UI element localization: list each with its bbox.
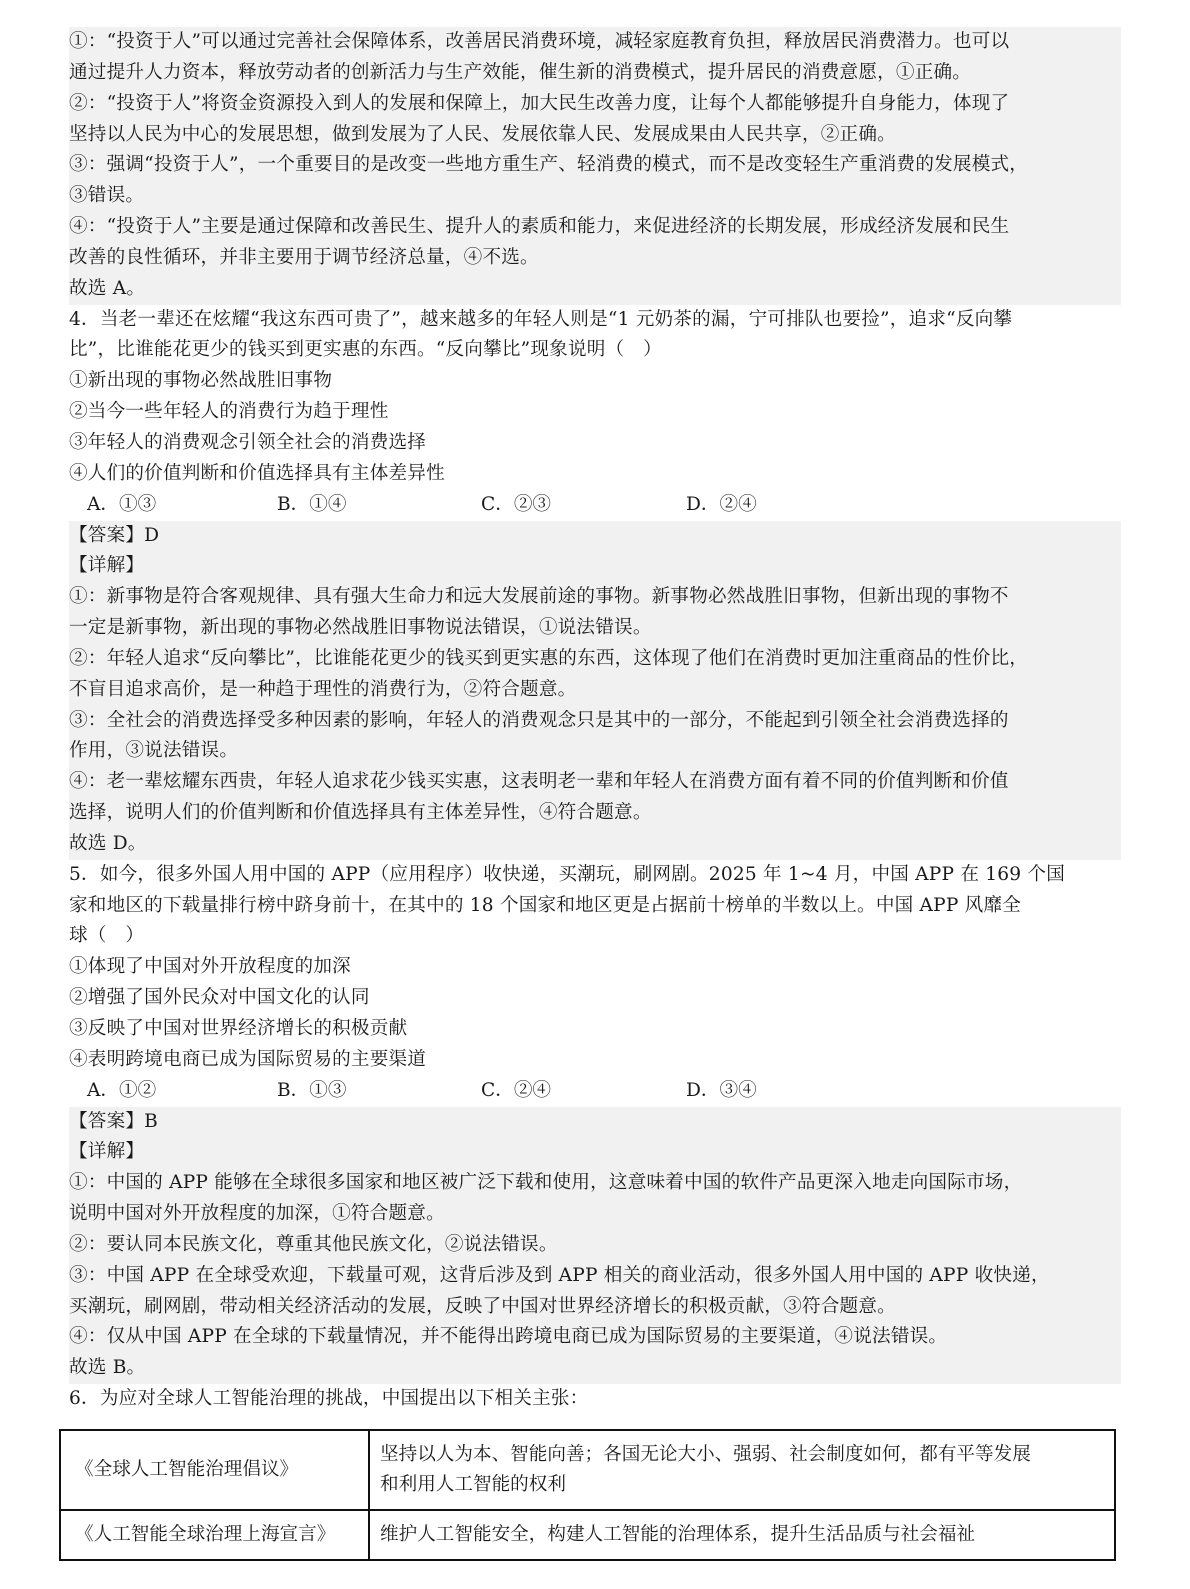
document-content: 维护人工智能安全，构建人工智能的治理体系，提升生活品质与社会福祉 xyxy=(369,1510,1115,1560)
conclusion-line: 故选 A。 xyxy=(69,274,1121,305)
detail-label: 【详解】 xyxy=(69,551,1121,582)
question-6-stem: 6．为应对全球人工智能治理的挑战，中国提出以下相关主张： xyxy=(69,1384,1121,1415)
question-5: 5．如今，很多外国人用中国的 APP（应用程序）收快递，买潮玩，刷网剧。2025… xyxy=(69,860,1121,1107)
q3-explanation: ①：“投资于人”可以通过完善社会保障体系，改善居民消费环境，减轻家庭教育负担，释… xyxy=(69,27,1121,305)
exam-page: ①：“投资于人”可以通过完善社会保障体系，改善居民消费环境，减轻家庭教育负担，释… xyxy=(69,27,1121,1415)
explanation-line: 改善的良性循环，并非主要用于调节经济总量，④不选。 xyxy=(69,243,1121,274)
explanation-line: ④：“投资于人”主要是通过保障和改善民生、提升人的素质和能力，来促进经济的长期发… xyxy=(69,212,1121,243)
explanation-line: ④：仅从中国 APP 在全球的下载量情况，并不能得出跨境电商已成为国际贸易的主要… xyxy=(69,1322,1121,1353)
statement-1: ①体现了中国对外开放程度的加深 xyxy=(69,952,1121,983)
explanation-line: ③：强调“投资于人”，一个重要目的是改变一些地方重生产、轻消费的模式，而不是改变… xyxy=(69,150,1121,181)
option-b: B．①④ xyxy=(277,490,346,521)
answer-options: A．①② B．①③ C．②④ D．③④ xyxy=(69,1076,1121,1107)
explanation-line: ②：“投资于人”将资金资源投入到人的发展和保障上，加大民生改善力度，让每个人都能… xyxy=(69,89,1121,120)
content-line: 坚持以人为本、智能向善；各国无论大小、强弱、社会制度如何，都有平等发展 xyxy=(380,1440,1104,1470)
option-a: A．①② xyxy=(87,1076,156,1107)
ai-governance-table: 《全球人工智能治理倡议》 坚持以人为本、智能向善；各国无论大小、强弱、社会制度如… xyxy=(59,1429,1116,1561)
option-d: D．②④ xyxy=(686,490,757,521)
document-name: 《全球人工智能治理倡议》 xyxy=(60,1430,369,1510)
content-line: 维护人工智能安全，构建人工智能的治理体系，提升生活品质与社会福祉 xyxy=(380,1520,1104,1550)
question-stem: 家和地区的下载量排行榜中跻身前十，在其中的 18 个国家和地区更是占据前十榜单的… xyxy=(69,891,1121,922)
q5-solution: 【答案】B 【详解】 ①：中国的 APP 能够在全球很多国家和地区被广泛下载和使… xyxy=(69,1107,1121,1385)
content-line: 和利用人工智能的权利 xyxy=(380,1470,1104,1500)
statement-3: ③反映了中国对世界经济增长的积极贡献 xyxy=(69,1014,1121,1045)
explanation-line: 选择，说明人们的价值判断和价值选择具有主体差异性，④符合题意。 xyxy=(69,798,1121,829)
explanation-line: 一定是新事物，新出现的事物必然战胜旧事物说法错误，①说法错误。 xyxy=(69,613,1121,644)
explanation-line: 买潮玩，刷网剧，带动相关经济活动的发展，反映了中国对世界经济增长的积极贡献，③符… xyxy=(69,1292,1121,1323)
q4-solution: 【答案】D 【详解】 ①：新事物是符合客观规律、具有强大生命力和远大发展前途的事… xyxy=(69,521,1121,860)
explanation-line: ③：中国 APP 在全球受欢迎，下载量可观，这背后涉及到 APP 相关的商业活动… xyxy=(69,1261,1121,1292)
explanation-line: ③：全社会的消费选择受多种因素的影响，年轻人的消费观念只是其中的一部分，不能起到… xyxy=(69,706,1121,737)
answer-label: 【答案】D xyxy=(69,521,1121,552)
explanation-line: ①：新事物是符合客观规律、具有强大生命力和远大发展前途的事物。新事物必然战胜旧事… xyxy=(69,582,1121,613)
option-c: C．②④ xyxy=(481,1076,551,1107)
explanation-line: ②：要认同本民族文化，尊重其他民族文化，②说法错误。 xyxy=(69,1230,1121,1261)
table-row: 《全球人工智能治理倡议》 坚持以人为本、智能向善；各国无论大小、强弱、社会制度如… xyxy=(60,1430,1115,1510)
question-stem: 5．如今，很多外国人用中国的 APP（应用程序）收快递，买潮玩，刷网剧。2025… xyxy=(69,860,1121,891)
conclusion-line: 故选 D。 xyxy=(69,829,1121,860)
explanation-line: ①：中国的 APP 能够在全球很多国家和地区被广泛下载和使用，这意味着中国的软件… xyxy=(69,1168,1121,1199)
document-name: 《人工智能全球治理上海宣言》 xyxy=(60,1510,369,1560)
question-stem: 比”，比谁能花更少的钱买到更实惠的东西。“反向攀比”现象说明（ ） xyxy=(69,335,1121,366)
statement-1: ①新出现的事物必然战胜旧事物 xyxy=(69,366,1121,397)
explanation-line: 不盲目追求高价，是一种趋于理性的消费行为，②符合题意。 xyxy=(69,675,1121,706)
explanation-line: ③错误。 xyxy=(69,181,1121,212)
answer-options: A．①③ B．①④ C．②③ D．②④ xyxy=(69,490,1121,521)
conclusion-line: 故选 B。 xyxy=(69,1353,1121,1384)
option-c: C．②③ xyxy=(481,490,551,521)
option-d: D．③④ xyxy=(686,1076,757,1107)
explanation-line: 坚持以人民为中心的发展思想，做到发展为了人民、发展依靠人民、发展成果由人民共享，… xyxy=(69,120,1121,151)
explanation-line: 通过提升人力资本，释放劳动者的创新活力与生产效能，催生新的消费模式，提升居民的消… xyxy=(69,58,1121,89)
explanation-line: 作用，③说法错误。 xyxy=(69,736,1121,767)
statement-2: ②增强了国外民众对中国文化的认同 xyxy=(69,983,1121,1014)
question-stem: 4．当老一辈还在炫耀“我这东西可贵了”，越来越多的年轻人则是“1 元奶茶的漏，宁… xyxy=(69,305,1121,336)
statement-2: ②当今一些年轻人的消费行为趋于理性 xyxy=(69,397,1121,428)
statement-4: ④人们的价值判断和价值选择具有主体差异性 xyxy=(69,459,1121,490)
table-row: 《人工智能全球治理上海宣言》 维护人工智能安全，构建人工智能的治理体系，提升生活… xyxy=(60,1510,1115,1560)
option-a: A．①③ xyxy=(87,490,156,521)
explanation-line: ④：老一辈炫耀东西贵，年轻人追求花少钱买实惠，这表明老一辈和年轻人在消费方面有着… xyxy=(69,767,1121,798)
option-b: B．①③ xyxy=(277,1076,346,1107)
statement-4: ④表明跨境电商已成为国际贸易的主要渠道 xyxy=(69,1045,1121,1076)
explanation-line: ①：“投资于人”可以通过完善社会保障体系，改善居民消费环境，减轻家庭教育负担，释… xyxy=(69,27,1121,58)
explanation-line: ②：年轻人追求“反向攀比”，比谁能花更少的钱买到更实惠的东西，这体现了他们在消费… xyxy=(69,644,1121,675)
explanation-line: 说明中国对外开放程度的加深，①符合题意。 xyxy=(69,1199,1121,1230)
answer-label: 【答案】B xyxy=(69,1107,1121,1138)
question-stem: 球（ ） xyxy=(69,921,1121,952)
document-content: 坚持以人为本、智能向善；各国无论大小、强弱、社会制度如何，都有平等发展 和利用人… xyxy=(369,1430,1115,1510)
detail-label: 【详解】 xyxy=(69,1137,1121,1168)
question-4: 4．当老一辈还在炫耀“我这东西可贵了”，越来越多的年轻人则是“1 元奶茶的漏，宁… xyxy=(69,305,1121,521)
statement-3: ③年轻人的消费观念引领全社会的消费选择 xyxy=(69,428,1121,459)
